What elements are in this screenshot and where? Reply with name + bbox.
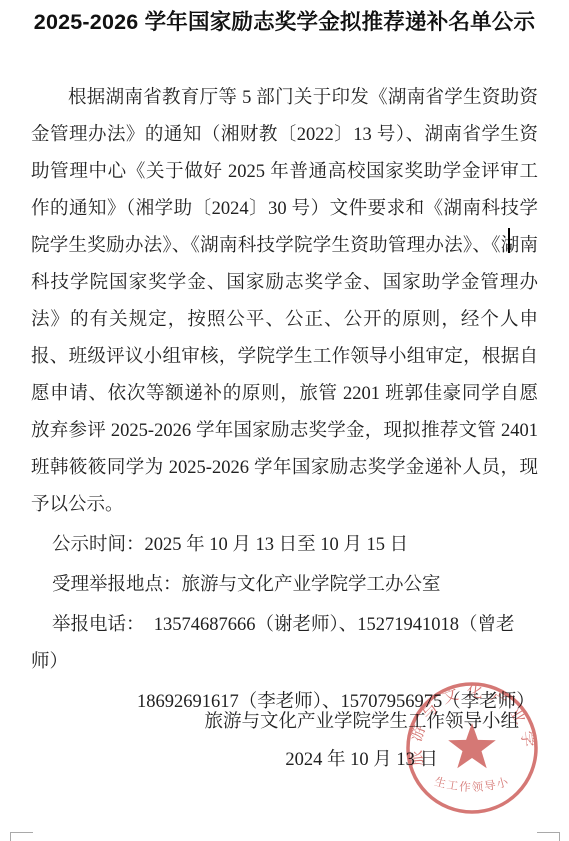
- publicity-period-line[interactable]: 公示时间：2025 年 10 月 13 日至 10 月 15 日: [31, 527, 538, 564]
- page-margin-mark-bottom-right: [537, 832, 560, 841]
- document-page[interactable]: 2025-2026 学年国家励志奖学金拟推荐递补名单公示 根据湖南省教育厅等 5…: [0, 0, 569, 841]
- document-body: 根据湖南省教育厅等 5 部门关于印发《湖南省学生资助资金管理办法》的通知（湘财教…: [31, 80, 538, 721]
- signature-org: 旅游与文化产业学院学生工作领导小组: [204, 703, 519, 741]
- report-phone-line-1[interactable]: 举报电话： 13574687666（谢老师）、15271941018（曾老师）: [31, 607, 538, 681]
- document-title: 2025-2026 学年国家励志奖学金拟推荐递补名单公示: [0, 0, 569, 36]
- signature-block: 旅游与文化产业学院学生工作领导小组 2024 年 10 月 13 日: [204, 703, 519, 779]
- signature-date: 2024 年 10 月 13 日: [204, 741, 519, 779]
- body-paragraph[interactable]: 根据湖南省教育厅等 5 部门关于印发《湖南省学生资助资金管理办法》的通知（湘财教…: [31, 80, 538, 524]
- report-location-line[interactable]: 受理举报地点：旅游与文化产业学院学工办公室: [31, 567, 538, 604]
- text-cursor: [508, 228, 510, 253]
- page-margin-mark-bottom-left: [10, 832, 33, 841]
